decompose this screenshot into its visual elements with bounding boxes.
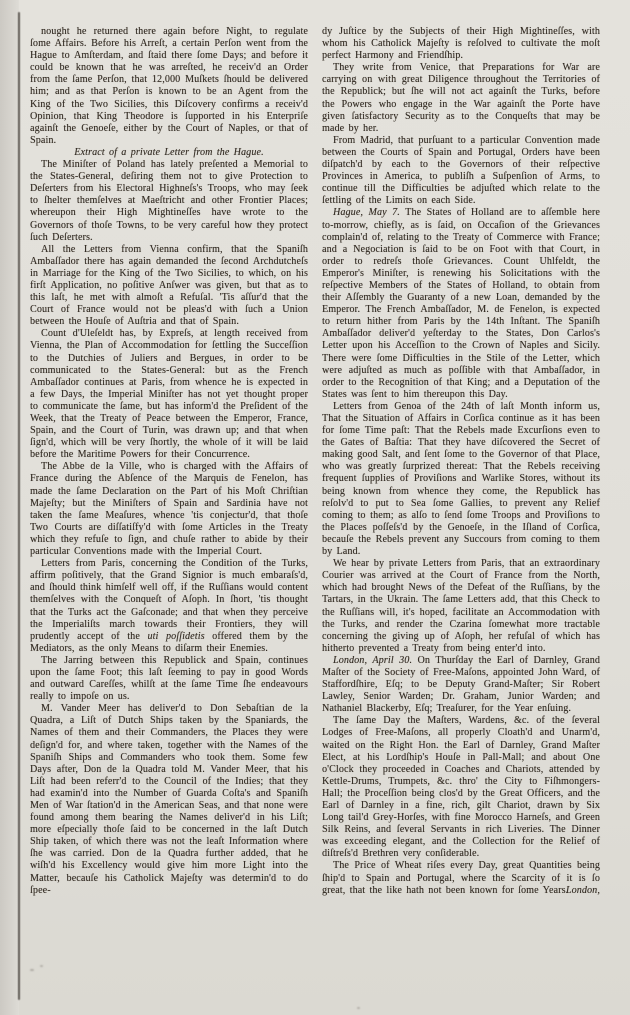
ink-speck	[40, 965, 43, 967]
page-fold-rule	[18, 12, 20, 1000]
text-segment: M. Vander Meer has deliver'd to Don Seba…	[30, 703, 308, 895]
paragraph: The Abbe de la Ville, who is charged wit…	[30, 461, 308, 558]
paragraph: Letters from Genoa of the 24th of laſt M…	[322, 401, 600, 558]
paragraph: All the Letters from Vienna confirm, tha…	[30, 244, 308, 329]
text-segment: uti poſſidetis	[147, 631, 204, 642]
paragraph: nought he returned there again before Ni…	[30, 26, 308, 147]
text-segment: From Madrid, that purſuant to a particul…	[322, 135, 600, 206]
text-segment: They write from Venice, that Preparation…	[322, 62, 600, 133]
paragraph: The Jarring between this Republick and S…	[30, 655, 308, 703]
text-segment: Count d'Uleſeldt has, by Expreſs, at len…	[30, 328, 308, 460]
ink-speck	[30, 969, 34, 971]
text-segment: Letters from Genoa of the 24th of laſt M…	[322, 401, 600, 557]
text-segment: London, April 30.	[333, 655, 412, 666]
ink-speck	[357, 1007, 360, 1009]
text-segment: All the Letters from Vienna confirm, tha…	[30, 244, 308, 328]
catchword: London,	[555, 885, 600, 897]
paragraph: Letters from Paris, concerning the Condi…	[30, 558, 308, 655]
text-segment: Hague, May 7.	[333, 207, 400, 218]
text-segment: The Miniſter of Poland has lately preſen…	[30, 159, 308, 243]
paragraph: The Price of Wheat riſes every Day, grea…	[322, 860, 600, 896]
page-left-edge-shade	[0, 0, 19, 1015]
text-segment: The ſame Day the Maſters, Wardens, &c. o…	[322, 715, 600, 859]
paragraph: We hear by private Letters from Paris, t…	[322, 558, 600, 655]
text-segment: dy Juſtice by the Subjects of their High…	[322, 26, 600, 61]
text-segment: The Abbe de la Ville, who is charged wit…	[30, 461, 308, 557]
text-segment: Extract of a private Letter from the Hag…	[74, 147, 263, 158]
paragraph: From Madrid, that purſuant to a particul…	[322, 135, 600, 208]
letter-heading: Extract of a private Letter from the Hag…	[30, 147, 308, 159]
paragraph: They write from Venice, that Preparation…	[322, 62, 600, 135]
paragraph: M. Vander Meer has deliver'd to Don Seba…	[30, 703, 308, 897]
paragraph: Count d'Uleſeldt has, by Expreſs, at len…	[30, 328, 308, 461]
paragraph: The ſame Day the Maſters, Wardens, &c. o…	[322, 715, 600, 860]
text-segment: Letters from Paris, concerning the Condi…	[30, 558, 308, 642]
text-segment: We hear by private Letters from Paris, t…	[322, 558, 600, 654]
paragraph: Hague, May 7. The States of Holland are …	[322, 207, 600, 401]
paragraph: London, April 30. On Thurſday the Earl o…	[322, 655, 600, 715]
paragraph: The Miniſter of Poland has lately preſen…	[30, 159, 308, 244]
text-segment: The Jarring between this Republick and S…	[30, 655, 308, 702]
paragraph: dy Juſtice by the Subjects of their High…	[322, 26, 600, 62]
text-column-left: nought he returned there again before Ni…	[30, 26, 308, 897]
text-column-right: dy Juſtice by the Subjects of their High…	[322, 26, 600, 897]
text-segment: The States of Holland are to aſſemble he…	[322, 207, 600, 399]
newspaper-page: nought he returned there again before Ni…	[0, 0, 630, 1015]
text-segment: nought he returned there again before Ni…	[30, 26, 308, 146]
